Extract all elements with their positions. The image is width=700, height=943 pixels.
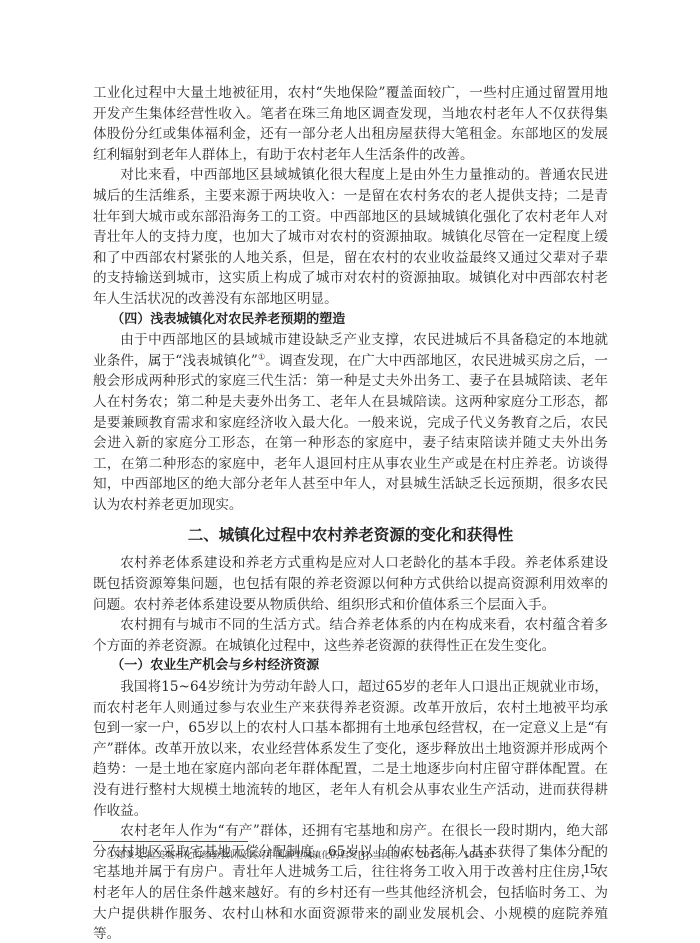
page-number: 15 bbox=[583, 862, 597, 878]
paragraph: 农村养老体系建设和养老方式重构是应对人口老龄化的基本手段。养老体系建设既包括资源… bbox=[93, 553, 608, 615]
paragraph: 工业化过程中大量土地被征用，农村“失地保险”覆盖面较广，一些村庄通过留置用地开发… bbox=[93, 83, 608, 165]
paragraph-text: 。调查发现，在广大中西部地区，农民进城买房之后，一般会形成两种形式的家庭三代生活… bbox=[93, 353, 608, 513]
paragraph: 我国将15~64岁统计为劳动年龄人口，超过65岁的老年人口退出正规就业市场，而农… bbox=[93, 677, 608, 821]
paragraph: 农村老年人作为“有产”群体，还拥有宅基地和房产。在很长一段时期内，绝大部分农村地… bbox=[93, 821, 608, 943]
footnote: ①郑秉文.拉美城市化的经验教训及其对中国新型城镇化的启发[J].当代世界，201… bbox=[107, 847, 607, 861]
subsection-heading: （四）浅表城镇化对农民养老预期的塑造 bbox=[93, 310, 608, 331]
paragraph: 由于中西部地区的县域城市建设缺乏产业支撑，农民进城后不具备稳定的本地就业条件，属… bbox=[93, 330, 608, 515]
footnote-divider bbox=[93, 841, 248, 842]
subsection-heading: （一）农业生产机会与乡村经济资源 bbox=[93, 656, 608, 677]
paragraph: 对比来看，中西部地区县域城镇化很大程度上是由外生力量推动的。普通农民进城后的生活… bbox=[93, 165, 608, 309]
page-body: 工业化过程中大量土地被征用，农村“失地保险”覆盖面较广，一些村庄通过留置用地开发… bbox=[93, 83, 608, 943]
section-heading: 二、城镇化过程中农村养老资源的变化和获得性 bbox=[93, 524, 608, 546]
paragraph: 农村拥有与城市不同的生活方式。结合养老体系的内在构成来看，农村蕴含着多个方面的养… bbox=[93, 615, 608, 656]
